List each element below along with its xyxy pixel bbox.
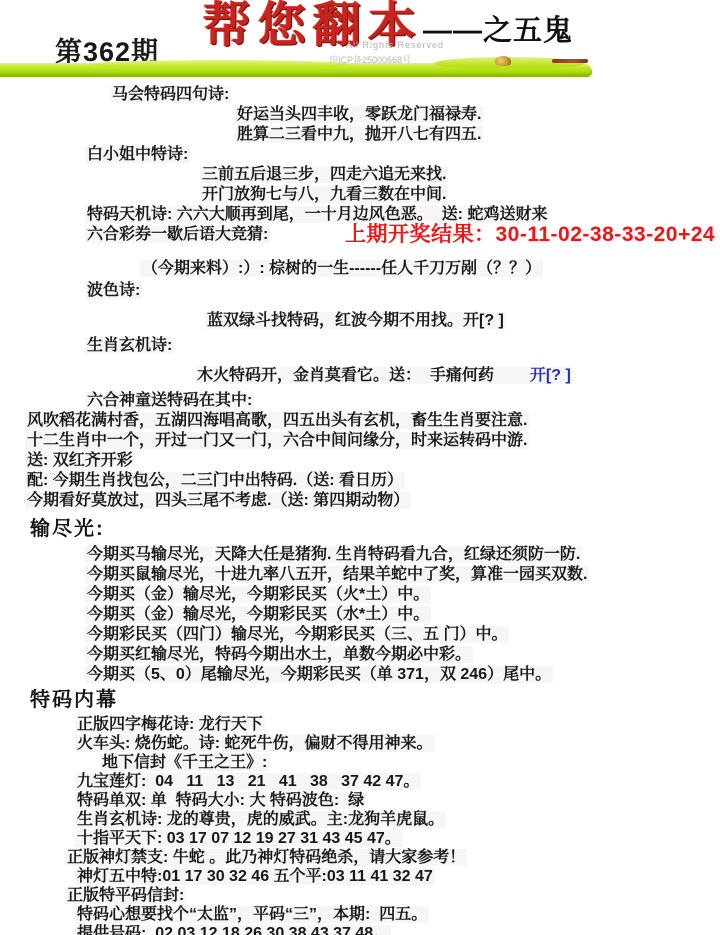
shengxiao-label: 生肖玄机诗: bbox=[85, 336, 720, 356]
miss-bai-label: 白小姐中特诗: bbox=[85, 145, 720, 165]
shujinguang-line: 今期买鼠输尽光，十进九率八五开，结果羊蛇中了奖，算准一园买双数. bbox=[85, 565, 720, 585]
neimu-line: 生肖玄机诗: 龙的尊贵，虎的威武。主:龙狗羊虎鼠。 bbox=[75, 810, 720, 829]
previous-draw-result: 上期开奖结果：30-11-02-38-33-20+24 bbox=[345, 218, 715, 248]
shentong-pei-line: 配: 今期生肖找包公，二三门中出特码.（送: 看日历） bbox=[25, 471, 720, 491]
result-label: 上期开奖结果： bbox=[345, 223, 496, 246]
neimu-line: 地下信封《千王之王》: bbox=[100, 753, 720, 772]
shujinguang-line: 今期买（金）输尽光，今期彩民买（火*土）中。 bbox=[85, 585, 720, 605]
document-page: 第362期 帮您翻本 ——之五鬼 All Rights Reserved 琼IC… bbox=[0, 0, 720, 935]
grass-banner bbox=[0, 63, 592, 77]
banner-twig-ornament-icon bbox=[552, 59, 588, 63]
horse-poem-label: 马会特码四句诗: bbox=[110, 85, 720, 105]
neimu-heading: 特码内幕 bbox=[30, 687, 720, 713]
shujinguang-line: 今期买红输尽光，特码今期出水土，单数今期必中彩。 bbox=[85, 645, 720, 665]
neimu-line: 正版特平码信封: bbox=[65, 886, 720, 905]
shentong-extra-line: 今期看好莫放过，四头三尾不考虑.（送: 第四期动物） bbox=[25, 491, 720, 511]
shujinguang-line: 今期买（5、0）尾输尽光，今期彩民买（单 371，双 246）尾中。 bbox=[85, 665, 720, 685]
neimu-line: 提供号码: 02 03 12 18 26 30 38 43 37 48。 bbox=[75, 924, 720, 935]
neimu-line: 十指平天下: 03 17 07 12 19 27 31 43 45 47。 bbox=[75, 829, 720, 848]
neimu-line: 特码心想要找个“太监”，平码“三”，本期: 四五。 bbox=[75, 905, 720, 924]
neimu-line: 火车头: 烧伤蛇。诗: 蛇死牛伤，偏财不得用神来。 bbox=[75, 734, 720, 753]
shujinguang-heading: 输尽光: bbox=[30, 516, 720, 542]
neimu-line: 神灯五中特:01 17 30 32 46 五个平:03 11 41 32 47 bbox=[75, 867, 720, 886]
neimu-line: 特码单双: 单 特码大小: 大 特码波色: 绿 bbox=[75, 791, 720, 810]
shujinguang-line: 今期买（金）输尽光，今期彩民买（水*土）中。 bbox=[85, 605, 720, 625]
horse-poem-line: 胜算二三看中九，抛开八七有四五. bbox=[235, 125, 720, 145]
bose-label: 波色诗: bbox=[85, 281, 720, 301]
neimu-line: 正版神灯禁支: 牛蛇 。此乃神灯特码绝杀，请大家参考！ bbox=[65, 848, 720, 867]
shengxiao-line: 木火特码开，金肖莫看它。送： 手痛何药 开[? ] bbox=[195, 366, 720, 386]
shujinguang-line: 今期买马输尽光，天降大任是猪狗. 生肖特码看九合，红绿还须防一防. bbox=[85, 545, 720, 565]
watermark-copyright: All Rights Reserved bbox=[235, 40, 555, 50]
miss-bai-line: 三前五后退三步，四走六追无来找. bbox=[200, 165, 720, 185]
neimu-line: 九宝莲灯: 04 11 13 21 41 38 37 42 47。 bbox=[75, 772, 720, 791]
miss-bai-line: 开门放狗七与八，九看三数在中间. bbox=[200, 185, 720, 205]
content: 马会特码四句诗: 好运当头四丰收，零跃龙门福禄寿. 胜算二三看中九，抛开八七有四… bbox=[0, 82, 720, 935]
riddle-clue-line: （今期来料）:）: 棕树的一生------任人千刀万剐（？？） bbox=[140, 259, 720, 279]
shujinguang-line: 今期彩民买（四门）输尽光，今期彩民买（三、五 门）中。 bbox=[85, 625, 720, 645]
bose-line: 蓝双绿斗找特码，红波今期不用找。开[? ] bbox=[205, 311, 720, 331]
shentong-line: 十二生肖中一个，开过一门又一门，六合中间问缘分，时来运转码中游. bbox=[25, 431, 720, 451]
horse-poem-line: 好运当头四丰收，零跃龙门福禄寿. bbox=[235, 105, 720, 125]
shengxiao-answer: 开[? ] bbox=[528, 367, 573, 384]
shentong-song-line: 送: 双红齐开彩 bbox=[25, 451, 720, 471]
result-numbers: 30-11-02-38-33-20+24 bbox=[496, 223, 716, 246]
header: 第362期 帮您翻本 ——之五鬼 All Rights Reserved 琼IC… bbox=[0, 0, 720, 82]
neimu-line: 正版四字梅花诗: 龙行天下 bbox=[75, 715, 720, 734]
shentong-line: 风吹稻花满村香，五湖四海唱高歌，四五出头有玄机，畜生生肖要注意. bbox=[25, 411, 720, 431]
shentong-label: 六合神童送特码在其中: bbox=[85, 391, 720, 411]
banner-snail-ornament-icon bbox=[495, 56, 511, 66]
